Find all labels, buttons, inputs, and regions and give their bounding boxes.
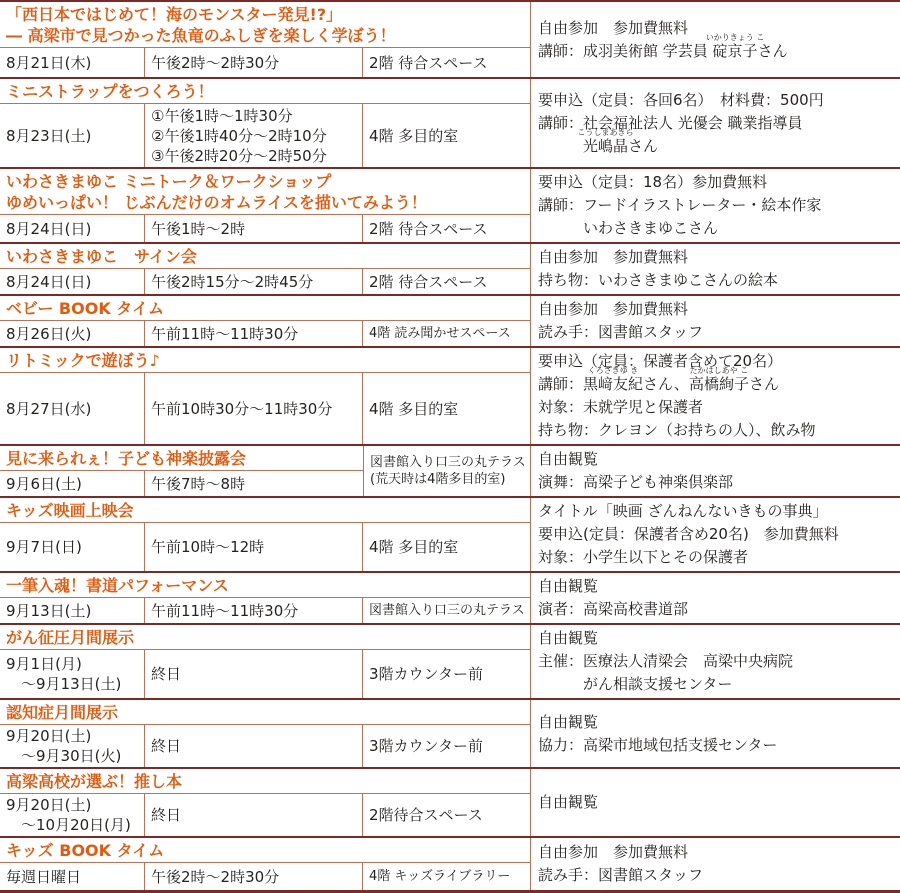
event-section: キッズ BOOK タイム 毎週日曜日 午後2時〜2時30分 4階 キッズライブラ… (0, 838, 900, 890)
event-title: ベビー BOOK タイム (0, 296, 530, 321)
detail-line: 演舞：高梁子ども神楽倶楽部 (538, 471, 897, 494)
detail-line: 自由観覧 (538, 791, 897, 814)
event-details: 要申込（定員：各回6名） 材料費：500円講師：社会福祉法人 光優会 職業指導員… (530, 79, 900, 167)
event-details: 自由参加 参加費無料読み手：図書館スタッフ (530, 296, 900, 346)
event-time: 終日 (145, 725, 363, 767)
event-details: 自由参加 参加費無料読み手：図書館スタッフ (530, 838, 900, 890)
event-location: 4階 読み聞かせスペース (363, 321, 530, 346)
event-section: リトミックで遊ぼう♪ 8月27日(水) 午前10時30分〜11時30分 4階 多… (0, 348, 900, 446)
event-details: 要申込（定員：保護者含めて20名）講師：黒﨑友紀くろさきゆ きさん、高橋絢子たか… (530, 348, 900, 444)
event-time: 午前11時〜11時30分 (145, 321, 363, 346)
event-details: 自由参加 参加費無料講師：成羽美術館 学芸員 碇京子いかりきょう こさん (530, 2, 900, 77)
event-date: 毎週日曜日 (0, 863, 145, 890)
detail-line: 要申込（定員：18名）参加費無料 (538, 171, 897, 194)
event-time: 午後7時〜8時 (145, 471, 363, 496)
event-location: 2階待合スペース (363, 794, 530, 836)
detail-line: 自由観覧 (538, 448, 897, 471)
event-location: 2階 待合スペース (363, 215, 530, 242)
event-location: 図書館入り口三の丸テラス (荒天時は4階多目的室) (363, 446, 530, 496)
name-with-furigana: 高橋絢子たかはしあや こ (689, 375, 749, 393)
event-title: 「西日本ではじめて！海のモンスター発見!?」 ― 高梁市で見つかった魚竜のふしぎ… (0, 2, 530, 48)
detail-line: 自由参加 参加費無料 (538, 841, 897, 864)
detail-line: 自由観覧 (538, 627, 897, 650)
event-date: 8月21日(木) (0, 48, 145, 77)
detail-line: 持ち物：クレヨン（お持ちの人）、飲み物 (538, 419, 897, 442)
event-details: 自由観覧主催：医療法人清梁会 高梁中央病院 がん相談支援センター (530, 625, 900, 698)
event-date: 9月20日(土) 〜9月30日(火) (0, 725, 145, 767)
detail-line: 持ち物：いわさきまゆこさんの絵本 (538, 269, 897, 292)
event-section: ミニストラップをつくろう！ 8月23日(土) ①午後1時〜1時30分 ②午後1時… (0, 79, 900, 169)
detail-line: 読み手：図書館スタッフ (538, 321, 897, 344)
detail-line: 読み手：図書館スタッフ (538, 864, 897, 887)
event-date: 8月24日(日) (0, 215, 145, 242)
event-date: 9月7日(日) (0, 523, 145, 571)
event-time: 午後2時〜2時30分 (145, 863, 363, 890)
event-section: 「西日本ではじめて！海のモンスター発見!?」 ― 高梁市で見つかった魚竜のふしぎ… (0, 2, 900, 79)
event-date: 8月24日(日) (0, 269, 145, 294)
event-location: 3階カウンター前 (363, 650, 530, 698)
event-location: 2階 待合スペース (363, 48, 530, 77)
event-title: 見に来られぇ！子ども神楽披露会 (0, 446, 363, 471)
event-date: 8月27日(水) (0, 373, 145, 444)
event-title: キッズ BOOK タイム (0, 838, 530, 863)
detail-line: 自由参加 参加費無料 (538, 246, 897, 269)
detail-line: 自由観覧 (538, 711, 897, 734)
event-date: 9月1日(月) 〜9月13日(土) (0, 650, 145, 698)
detail-line: 講師：黒﨑友紀くろさきゆ きさん、高橋絢子たかはしあや こさん (538, 373, 897, 396)
event-time: 午前10時30分〜11時30分 (145, 373, 363, 444)
event-title: ミニストラップをつくろう！ (0, 79, 530, 104)
name-with-furigana: 光嶋晶こうしまあきら (583, 137, 628, 155)
event-section: ベビー BOOK タイム 8月26日(火) 午前11時〜11時30分 4階 読み… (0, 296, 900, 348)
detail-line: 要申込(定員：保護者含め20名) 参加費無料 (538, 523, 897, 546)
event-section: キッズ映画上映会 9月7日(日) 午前10時〜12時 4階 多目的室 タイトル「… (0, 498, 900, 573)
event-location: 4階 多目的室 (363, 373, 530, 444)
detail-line: 演者：高梁高校書道部 (538, 598, 897, 621)
event-details: 自由参加 参加費無料持ち物：いわさきまゆこさんの絵本 (530, 244, 900, 294)
event-title: 一筆入魂！書道パフォーマンス (0, 573, 530, 598)
event-location: 4階 多目的室 (363, 523, 530, 571)
event-section: 一筆入魂！書道パフォーマンス 9月13日(土) 午前11時〜11時30分 図書館… (0, 573, 900, 625)
event-location: 図書館入り口三の丸テラス (363, 598, 530, 623)
detail-line: タイトル「映画 ざんねんないきもの事典」 (538, 500, 897, 523)
event-location: 3階カウンター前 (363, 725, 530, 767)
detail-line: 要申込（定員：各回6名） 材料費：500円 (538, 89, 897, 112)
event-location: 4階 キッズライブラリー (363, 863, 530, 890)
event-time: 午前11時〜11時30分 (145, 598, 363, 623)
event-time: 午前10時〜12時 (145, 523, 363, 571)
event-title: がん征圧月間展示 (0, 625, 530, 650)
event-title: いわさきまゆこ ミニトーク＆ワークショップ ゆめいっぱい！ じぶんだけのオムライ… (0, 169, 530, 215)
event-section: いわさきまゆこ サイン会 8月24日(日) 午後2時15分〜2時45分 2階 待… (0, 244, 900, 296)
event-section: 見に来られぇ！子ども神楽披露会 9月6日(土) 午後7時〜8時 図書館入り口三の… (0, 446, 900, 498)
event-details: 自由観覧演舞：高梁子ども神楽倶楽部 (530, 446, 900, 496)
event-date: 9月6日(土) (0, 471, 145, 496)
detail-line: いわさきまゆこさん (538, 217, 897, 240)
event-time: 午後1時〜2時 (145, 215, 363, 242)
event-details: 自由観覧 (530, 769, 900, 836)
event-details: 要申込（定員：18名）参加費無料講師：フードイラストレーター・絵本作家 いわさき… (530, 169, 900, 242)
detail-line: 光嶋晶こうしまあきらさん (538, 135, 897, 158)
name-with-furigana: 黒﨑友紀くろさきゆ き (583, 375, 643, 393)
event-section: 認知症月間展示 9月20日(土) 〜9月30日(火) 終日 3階カウンター前 自… (0, 700, 900, 769)
event-title: いわさきまゆこ サイン会 (0, 244, 530, 269)
detail-line: 協力：高梁市地域包括支援センター (538, 734, 897, 757)
event-date: 8月23日(土) (0, 104, 145, 167)
event-date: 8月26日(火) (0, 321, 145, 346)
event-section: 高梁高校が選ぶ！推し本 9月20日(土) 〜10月20日(月) 終日 2階待合ス… (0, 769, 900, 838)
event-details: 自由観覧演者：高梁高校書道部 (530, 573, 900, 623)
event-title: リトミックで遊ぼう♪ (0, 348, 530, 373)
event-title: 高梁高校が選ぶ！推し本 (0, 769, 530, 794)
event-schedule-table: 「西日本ではじめて！海のモンスター発見!?」 ― 高梁市で見つかった魚竜のふしぎ… (0, 0, 900, 893)
detail-line: 講師：フードイラストレーター・絵本作家 (538, 194, 897, 217)
detail-line: 主催：医療法人清梁会 高梁中央病院 (538, 650, 897, 673)
event-details: タイトル「映画 ざんねんないきもの事典」要申込(定員：保護者含め20名) 参加費… (530, 498, 900, 571)
event-date: 9月13日(土) (0, 598, 145, 623)
event-title: 認知症月間展示 (0, 700, 530, 725)
name-with-furigana: 碇京子いかりきょう こ (713, 42, 758, 60)
event-time: 午後2時15分〜2時45分 (145, 269, 363, 294)
event-date: 9月20日(土) 〜10月20日(月) (0, 794, 145, 836)
detail-line: 対象：未就学児と保護者 (538, 396, 897, 419)
event-time: 午後2時〜2時30分 (145, 48, 363, 77)
event-time: 終日 (145, 650, 363, 698)
detail-line: 講師：成羽美術館 学芸員 碇京子いかりきょう こさん (538, 40, 897, 63)
detail-line: 対象：小学生以下とその保護者 (538, 546, 897, 569)
detail-line: 自由参加 参加費無料 (538, 298, 897, 321)
event-details: 自由観覧協力：高梁市地域包括支援センター (530, 700, 900, 767)
detail-line: 自由観覧 (538, 575, 897, 598)
event-section: がん征圧月間展示 9月1日(月) 〜9月13日(土) 終日 3階カウンター前 自… (0, 625, 900, 700)
event-time: ①午後1時〜1時30分 ②午後1時40分〜2時10分 ③午後2時20分〜2時50… (145, 104, 363, 167)
event-title: キッズ映画上映会 (0, 498, 530, 523)
detail-line: がん相談支援センター (538, 673, 897, 696)
event-location: 2階 待合スペース (363, 269, 530, 294)
event-location: 4階 多目的室 (363, 104, 530, 167)
event-section: いわさきまゆこ ミニトーク＆ワークショップ ゆめいっぱい！ じぶんだけのオムライ… (0, 169, 900, 244)
event-time: 終日 (145, 794, 363, 836)
